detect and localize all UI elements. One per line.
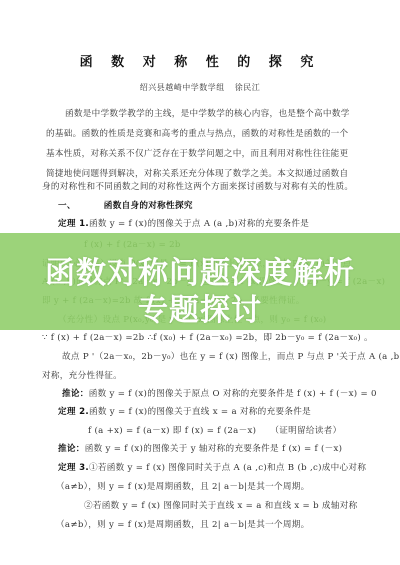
- theorem-2-label: 定理 2.: [58, 407, 89, 417]
- theorem-3: 定理 3.①若函数 y = f (x) 图像同时关于点 A (a ,c)和点 B…: [58, 461, 366, 473]
- intro-line-3: 基本性质，对称关系不仅广泛存在于数学问题之中，而且利用对称性往往能更: [46, 147, 348, 159]
- author-school: 绍兴县越崎中学数学组: [140, 83, 225, 92]
- section-number: 一、: [58, 201, 76, 211]
- theorem-2-formula: f (a +x) = f (a－x) 即 f (x) = f (2a－x): [88, 426, 256, 436]
- corollary-1-label: 推论：: [62, 389, 89, 399]
- corollary-2: 推论：函数 y = f (x)的图像关于 y 轴对称的充要条件是 f (x) =…: [58, 442, 342, 454]
- theorem-1-text: 函数 y = f (x)的图像关于点 A (a ,b)对称的充要条件是: [89, 219, 309, 229]
- theorem-3-part-2-line-2: （a≠b），则 y = f (x)是周期函数，且 2| a－b|是其一个周期。: [56, 518, 310, 530]
- theorem-3-part-2-line-1: ②若函数 y = f (x) 图像同时关于直线 x = a 和直线 x = b …: [84, 499, 358, 511]
- proof-cont-line-1: ∵ f (x) + f (2a－x) =2b ∴f (x₀) + f (2a－x…: [42, 331, 373, 343]
- theorem-2-note: （证明留给读者）: [270, 426, 341, 436]
- theorem-3-label: 定理 3.: [58, 463, 89, 473]
- theorem-3-part-1-line-2: （a≠b），则 y = f (x)是周期函数，且 2| a－b|是其一个周期。: [56, 480, 310, 492]
- corollary-1-text: 函数 y = f (x)的图像关于原点 O 对称的充要条件是 f (x) + f…: [89, 389, 377, 399]
- theorem-2-formula-line: f (a +x) = f (a－x) 即 f (x) = f (2a－x)（证明…: [88, 424, 341, 436]
- document-page: 函 数 对 称 性 的 探 究 绍兴县越崎中学数学组徐民江 函数是中学数学教学的…: [0, 0, 400, 565]
- theorem-2-text: 函数 y = f (x)的图像关于直线 x = a 对称的充要条件是: [89, 407, 311, 417]
- title-banner: 函数对称问题深度解析 专题探讨: [0, 233, 400, 330]
- corollary-1: 推论：函数 y = f (x)的图像关于原点 O 对称的充要条件是 f (x) …: [62, 387, 377, 399]
- section-heading: 一、函数自身的对称性探究: [58, 199, 193, 211]
- proof-cont-line-2: 故点 P '（2a－x₀，2b－y₀）也在 y = f (x) 图像上，而点 P…: [62, 350, 400, 362]
- document-title: 函 数 对 称 性 的 探 究: [0, 51, 400, 70]
- proof-cont-line-3: 对称，充分性得征。: [42, 369, 122, 381]
- corollary-2-label: 推论：: [58, 444, 85, 454]
- author-line: 绍兴县越崎中学数学组徐民江: [0, 82, 400, 93]
- intro-line-1: 函数是中学数学教学的主线，是中学数学的核心内容，也是整个高中数学: [65, 107, 350, 119]
- author-name: 徐民江: [235, 83, 261, 92]
- intro-line-2: 的基础。函数的性质是竞赛和高考的重点与热点，函数的对称性是函数的一个: [46, 127, 348, 139]
- theorem-2: 定理 2.函数 y = f (x)的图像关于直线 x = a 对称的充要条件是: [58, 405, 311, 417]
- intro-line-4: 简捷地使问题得到解决，对称关系还充分体现了数学之美。本文拟通过函数自: [46, 167, 348, 179]
- theorem-3-part-1-line-1: ①若函数 y = f (x) 图像同时关于点 A (a ,c)和点 B (b ,…: [89, 463, 366, 473]
- section-title: 函数自身的对称性探究: [104, 201, 193, 211]
- theorem-1: 定理 1.函数 y = f (x)的图像关于点 A (a ,b)对称的充要条件是: [58, 217, 309, 229]
- theorem-1-label: 定理 1.: [58, 219, 89, 229]
- intro-line-5: 身的对称性和不同函数之间的对称性这两个方面来探讨函数与对称有关的性质。: [42, 180, 353, 192]
- banner-subheadline: 专题探讨: [0, 285, 400, 329]
- corollary-2-text: 函数 y = f (x)的图像关于 y 轴对称的充要条件是 f (x) = f …: [85, 444, 343, 454]
